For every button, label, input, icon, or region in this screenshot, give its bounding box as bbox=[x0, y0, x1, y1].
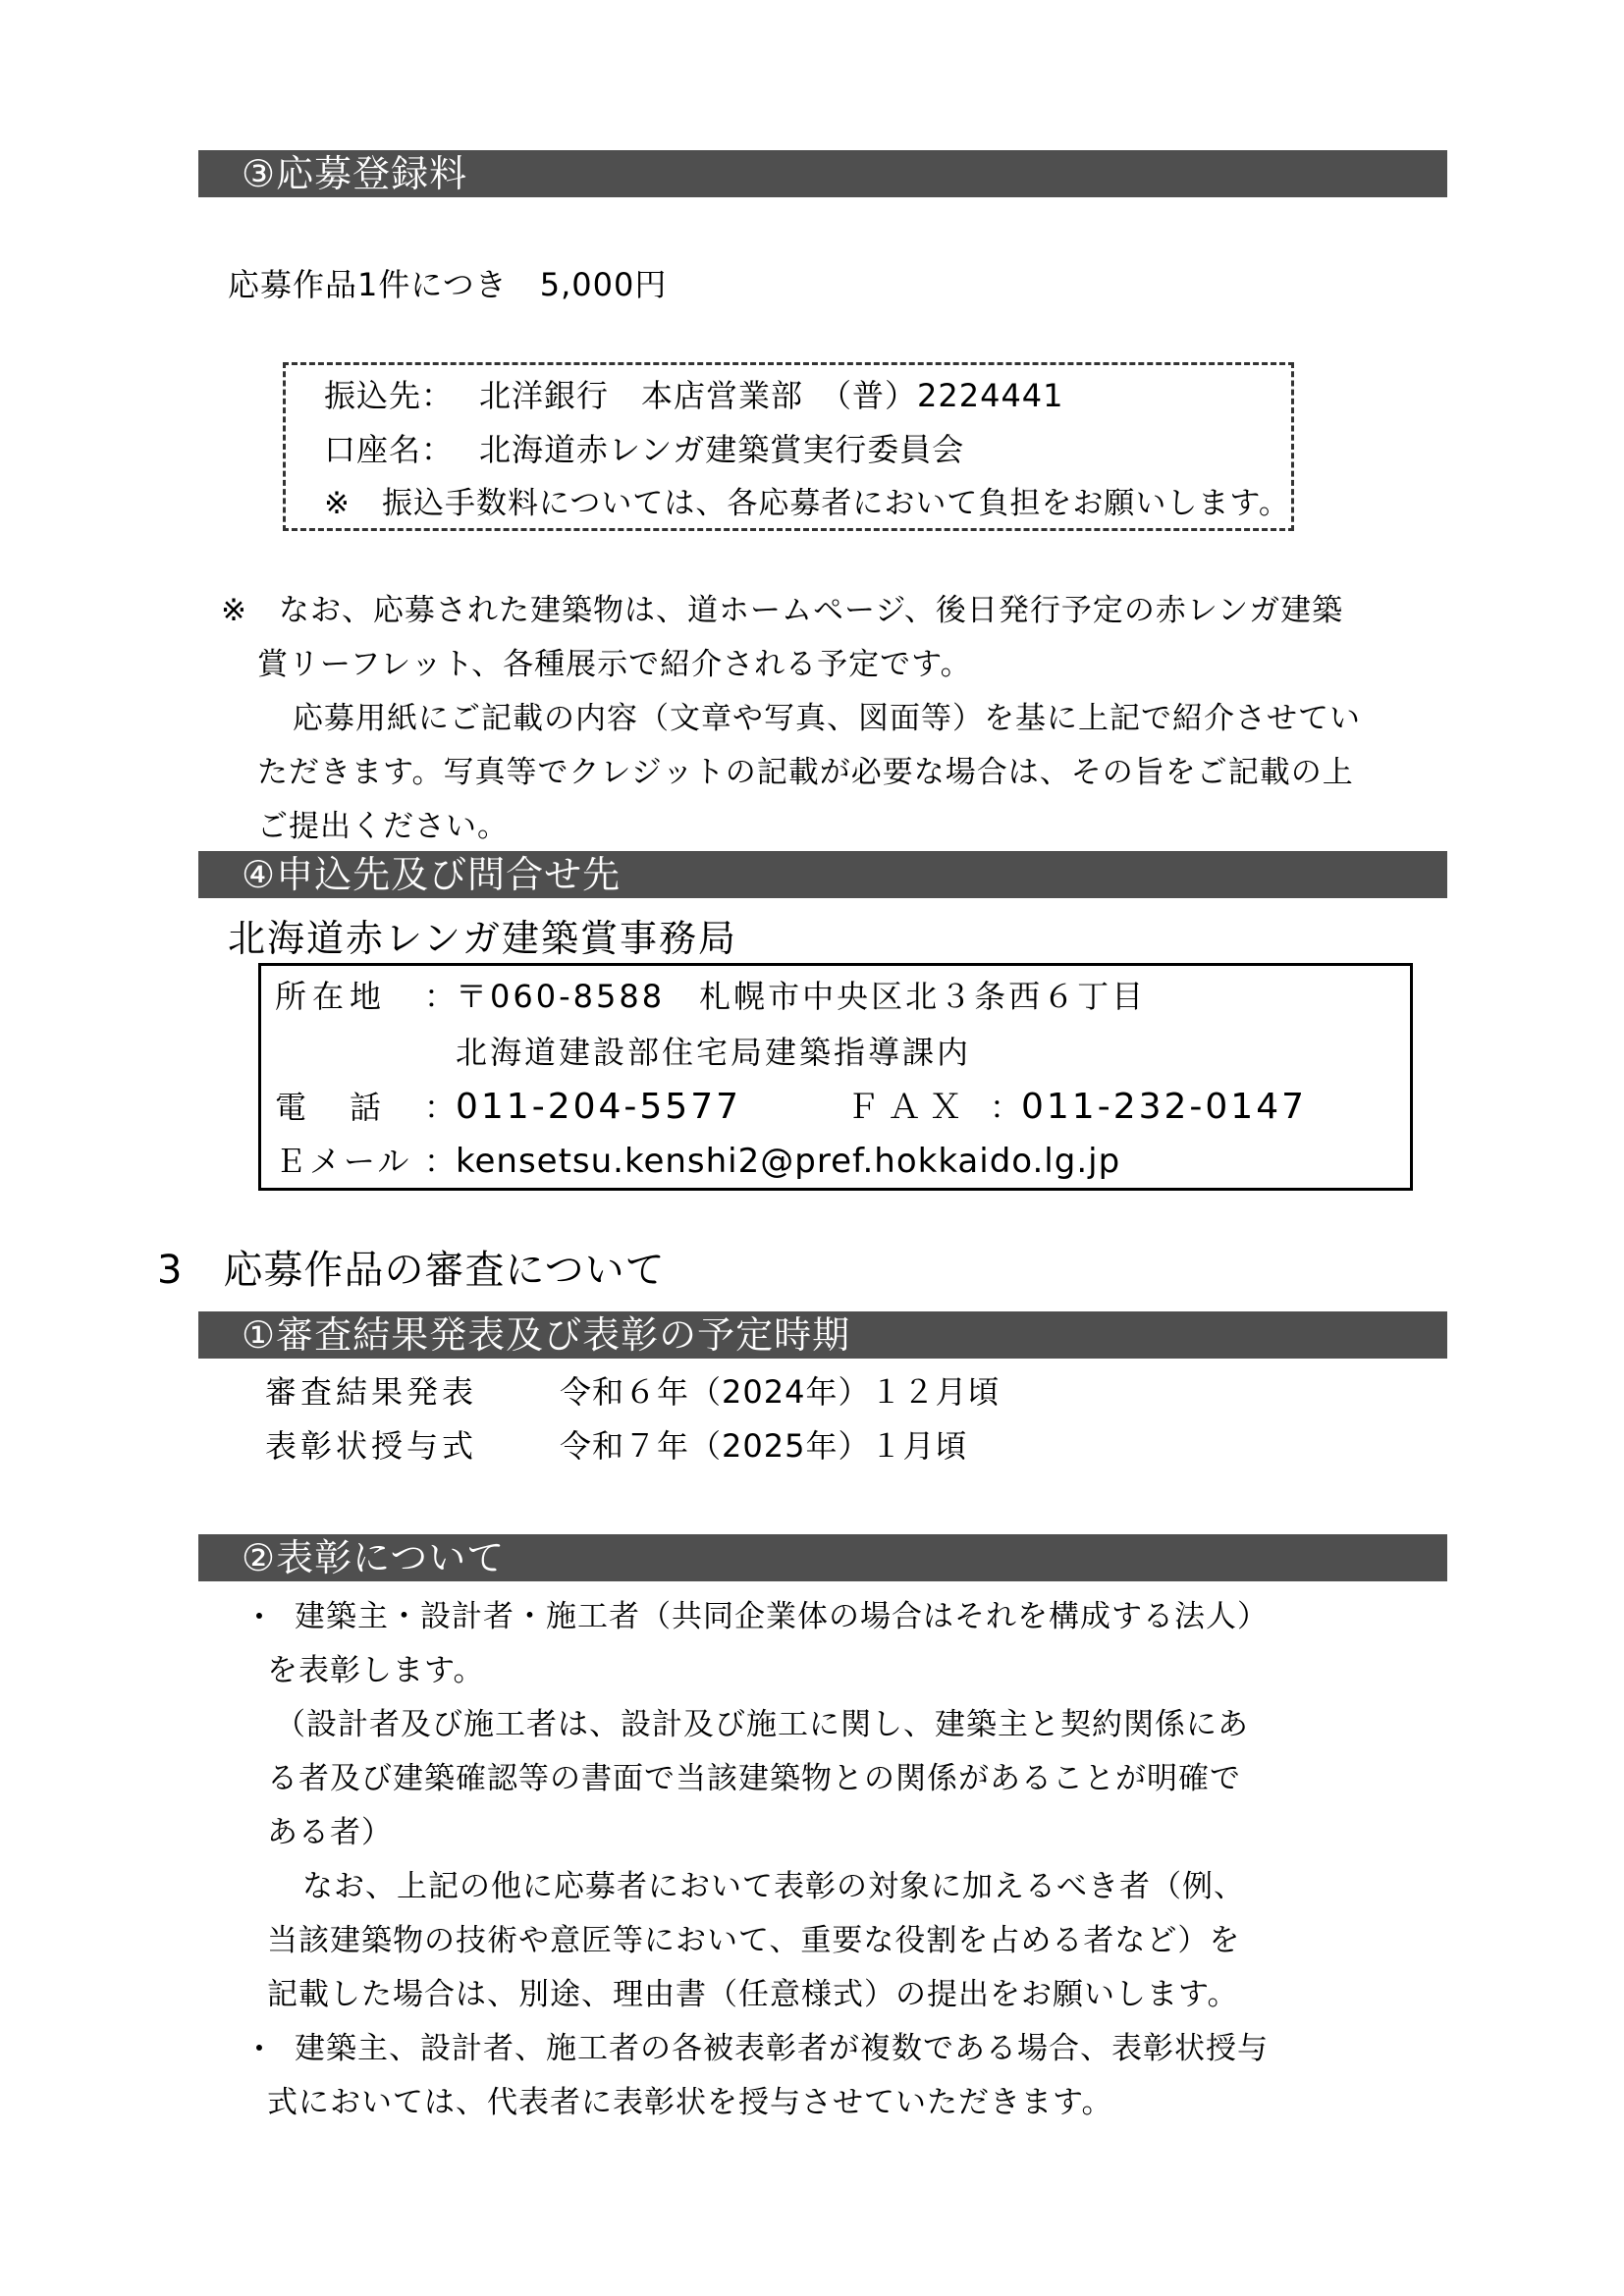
phone-value: 011-204-5577 bbox=[456, 1088, 741, 1127]
colon: ： bbox=[990, 1088, 1022, 1127]
award-line: ある者） bbox=[267, 1813, 393, 1852]
colon: ： bbox=[424, 1142, 457, 1181]
award-line: 建築主、設計者、施工者の各被表彰者が複数である場合、表彰状授与 bbox=[295, 2029, 1269, 2068]
fax-label: ＦＡＸ bbox=[846, 1088, 970, 1127]
transfer-fee-note: ※ 振込手数料については、各応募者において負担をお願いします。 bbox=[324, 484, 1290, 523]
note-line: ご提出ください。 bbox=[257, 807, 509, 846]
note-line: 応募用紙にご記載の内容（文章や写真、図面等）を基に上記で紹介させてい bbox=[293, 699, 1361, 738]
note-line: ただきます。写真等でクレジットの記載が必要な場合は、その旨をご記載の上 bbox=[257, 753, 1354, 792]
schedule-label: 表彰状授与式 bbox=[265, 1426, 477, 1466]
email-value[interactable]: kensetsu.kenshi2@pref.hokkaido.lg.jp bbox=[456, 1142, 1120, 1181]
award-line: る者及び建築確認等の書面で当該建築物との関係があることが明確で bbox=[267, 1759, 1241, 1798]
award-line: 記載した場合は、別途、理由書（任意様式）の提出をお願いします。 bbox=[267, 1975, 1239, 2014]
phone-label: 電 話 bbox=[275, 1088, 387, 1127]
section-heading-fee: ③応募登録料 bbox=[198, 150, 1447, 197]
address-line2: 北海道建設部住宅局建築指導課内 bbox=[456, 1033, 971, 1072]
chapter-title: 3 応募作品の審査について bbox=[157, 1247, 666, 1294]
colon: ： bbox=[424, 977, 457, 1016]
award-line: 建築主・設計者・施工者（共同企業体の場合はそれを構成する法人） bbox=[295, 1597, 1269, 1636]
account-label: 口座名： bbox=[324, 430, 454, 469]
account-value: 北海道赤レンガ建築賞実行委員会 bbox=[479, 430, 964, 469]
address-line1: 〒060-8588 札幌市中央区北３条西６丁目 bbox=[456, 977, 1146, 1016]
award-line: 当該建築物の技術や意匠等において、重要な役割を占める者など）を bbox=[267, 1921, 1240, 1960]
section-heading-schedule: ①審査結果発表及び表彰の予定時期 bbox=[198, 1311, 1447, 1359]
bank-value: 北洋銀行 本店営業部 （普）2224441 bbox=[479, 376, 1064, 415]
note-line: ※ なお、応募された建築物は、道ホームページ、後日発行予定の赤レンガ建築 bbox=[221, 591, 1343, 630]
colon: ： bbox=[424, 1088, 457, 1127]
note-line: 賞リーフレット、各種展示で紹介される予定です。 bbox=[257, 645, 972, 684]
award-line: を表彰します。 bbox=[267, 1651, 485, 1690]
award-line: （設計者及び施工者は、設計及び施工に関し、建築主と契約関係にあ bbox=[275, 1705, 1249, 1744]
office-name: 北海道赤レンガ建築賞事務局 bbox=[228, 915, 737, 962]
bullet: ・ bbox=[244, 2029, 276, 2068]
section-heading-contact: ④申込先及び問合せ先 bbox=[198, 851, 1447, 898]
address-label: 所在地 bbox=[275, 977, 387, 1016]
fee-line: 応募作品1件につき 5,000円 bbox=[228, 265, 667, 304]
bullet: ・ bbox=[244, 1597, 276, 1636]
schedule-label: 審査結果発表 bbox=[265, 1372, 477, 1412]
bank-label: 振込先： bbox=[324, 376, 454, 415]
award-line: 式においては、代表者に表彰状を授与させていただきます。 bbox=[267, 2083, 1113, 2122]
section-heading-awards: ②表彰について bbox=[198, 1534, 1447, 1581]
schedule-value: 令和７年（2025年）１月頃 bbox=[560, 1426, 967, 1466]
award-line: なお、上記の他に応募者において表彰の対象に加えるべき者（例、 bbox=[302, 1867, 1245, 1906]
schedule-value: 令和６年（2024年）１２月頃 bbox=[560, 1372, 1000, 1412]
fax-value: 011-232-0147 bbox=[1021, 1088, 1307, 1127]
email-label: Ｅメール bbox=[275, 1142, 411, 1181]
